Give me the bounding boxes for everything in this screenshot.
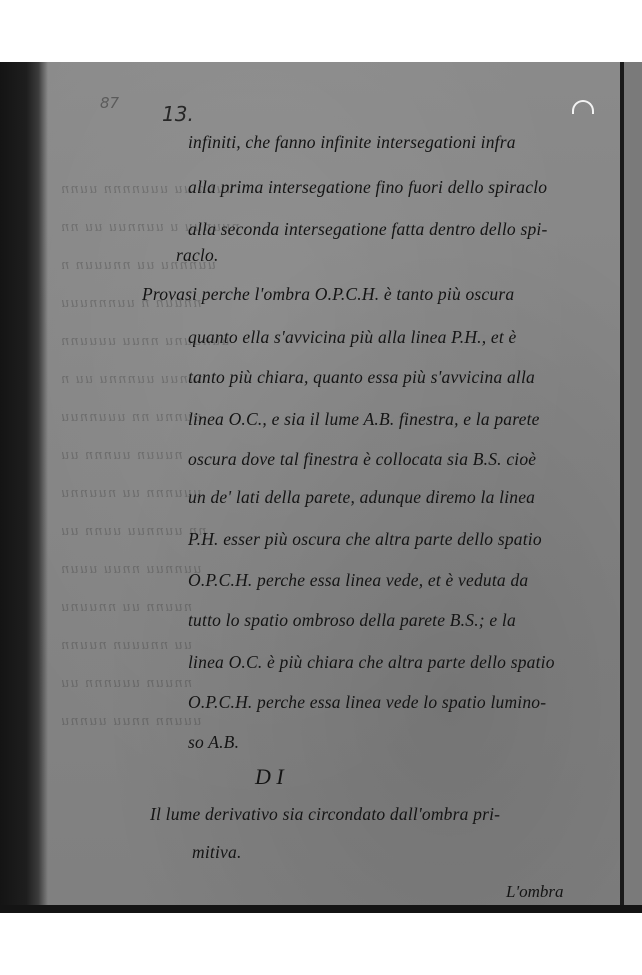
catchword: L'ombra [506,882,563,902]
arc-mark [572,100,594,114]
bleed-through-text: uu nnuuun nuunn [60,638,192,653]
text-line: tutto lo spatio ombroso della parete B.S… [188,610,516,631]
text-line: O.P.C.H. perche essa linea vede lo spati… [188,692,546,713]
page-bottom-edge [0,905,642,913]
text-line: infiniti, che fanno infinite intersegati… [188,132,516,153]
text-line: oscura dove tal finestra è collocata sia… [188,449,536,470]
text-line: alla seconda intersegatione fatta dentro… [188,219,548,240]
bleed-through-text: nnuun uuunnn uu [60,676,192,691]
bleed-through-text: uunnuu nnuu uuun [60,562,201,577]
bleed-through-text: uuunn nnuu uunnu [60,714,201,729]
bleed-through-text: uunnu nn uuunnuu [60,410,201,425]
bleed-through-text: nn uunnuu uunn uu [60,524,207,539]
text-line: Il lume derivativo sia circondato dall'o… [150,804,500,825]
text-line: Provasi perche l'ombra O.P.C.H. è tanto … [142,284,514,305]
text-line: linea O.C. è più chiara che altra parte … [188,652,555,673]
manuscript-page: ruuna uu uuunnnn uunn nuunuu u uunnuu uu… [0,62,642,913]
text-line: P.H. esser più oscura che altra parte de… [188,529,542,550]
text-line: linea O.C., e sia il lume A.B. finestra,… [188,409,540,430]
text-line: un de' lati della parete, adunque diremo… [188,487,535,508]
text-line: mitiva. [192,842,242,863]
faint-folio-number: 87 [100,94,119,112]
page-number: 13. [162,102,194,126]
text-line: quanto ella s'avvicina più alla linea P.… [188,327,516,348]
adjacent-page-strip [624,62,642,913]
binding-edge [0,62,48,913]
bleed-through-text: nunuu uunnnu uu n [60,372,207,387]
text-line: O.P.C.H. perche essa linea vede, et è ve… [188,570,528,591]
text-line: raclo. [176,245,219,266]
bleed-through-text: uuunnn uu nuunnu [60,486,201,501]
section-heading: D I [255,764,284,790]
text-line: alla prima intersegatione fino fuori del… [188,177,547,198]
text-line: so A.B. [188,732,239,753]
text-line: tanto più chiara, quanto essa più s'avvi… [188,367,535,388]
bleed-through-text: nuuun uunnn uu [60,448,183,463]
bleed-through-text: nuunn uu nnuunu [60,600,192,615]
